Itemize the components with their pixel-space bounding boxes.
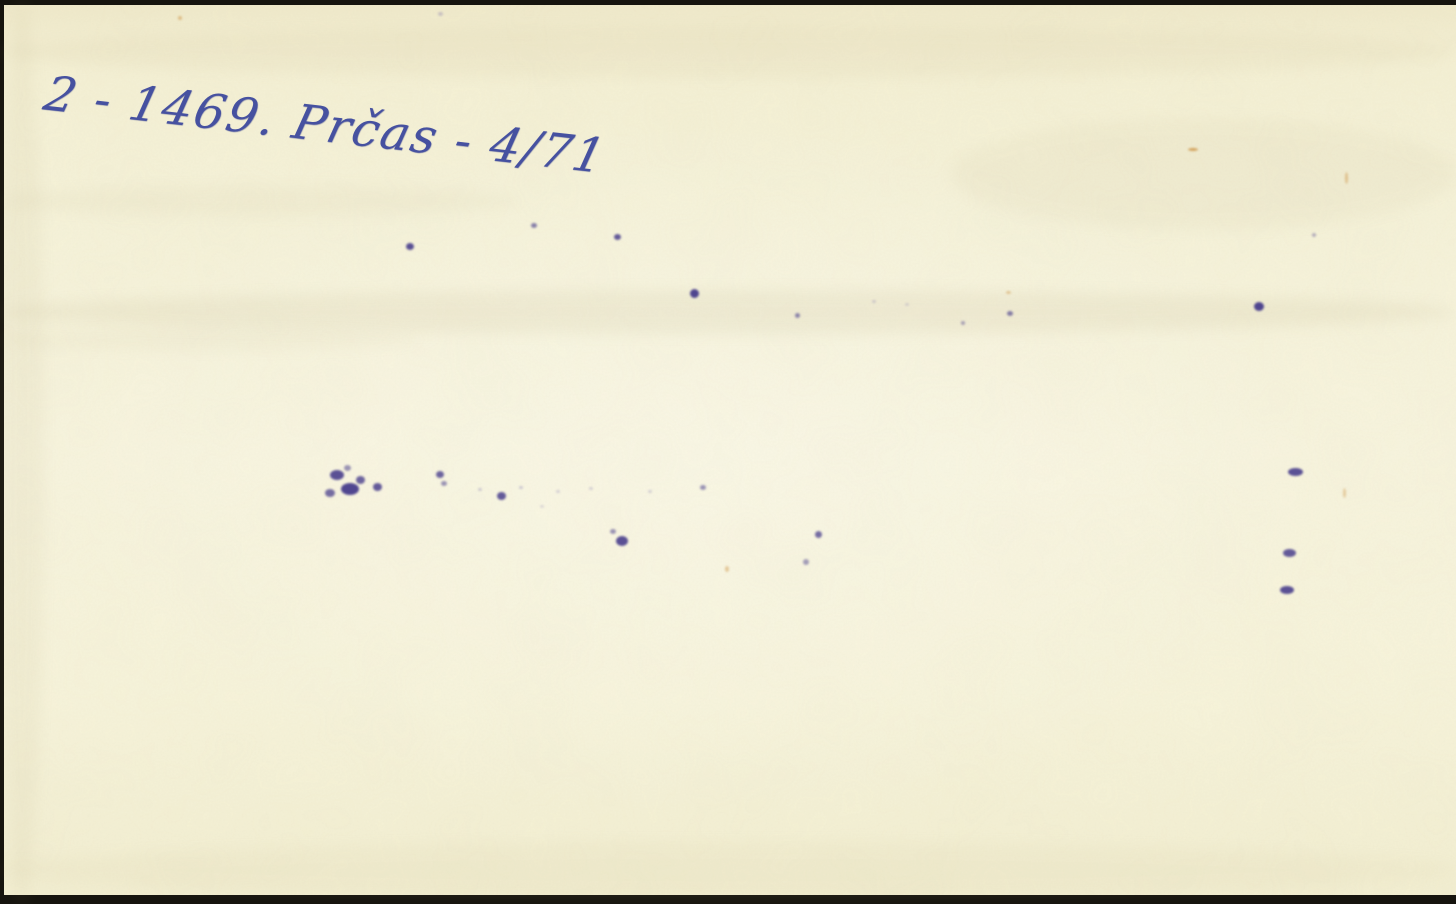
scanned-archive-card: 2 - 1469. Prčas - 4/71: [0, 0, 1456, 904]
